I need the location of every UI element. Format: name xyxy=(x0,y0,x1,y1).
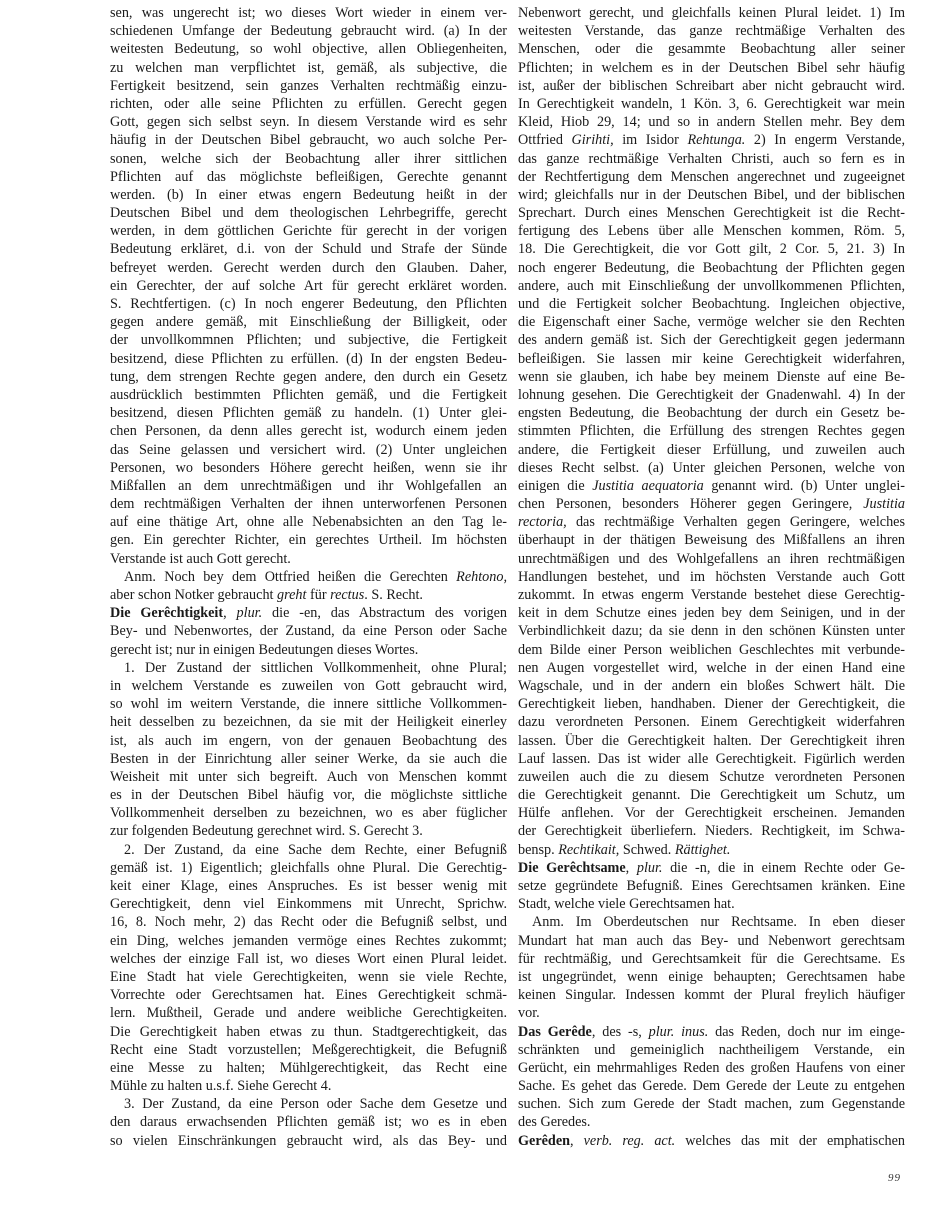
text-line: engsten Bedeutung, die Beobachtung der d… xyxy=(518,404,905,422)
text-line: der Gerechtigkeit überliefern. Nieders. … xyxy=(518,822,905,840)
text-line: es in der Deutschen Bibel häufig vor, di… xyxy=(110,786,507,804)
text-line: lohnung gesehen. Die Gerechtigkeit der G… xyxy=(518,386,905,404)
text-line: vor. xyxy=(518,1004,905,1022)
text-line: Gerêden, verb. reg. act. welches das mit… xyxy=(518,1132,905,1150)
text-line: des andern gemäß ist. Sich der Gerechtig… xyxy=(518,331,905,349)
text-line: Die Gerêchtsame, plur. die -n, die in ei… xyxy=(518,859,905,877)
headword: Das Gerêde xyxy=(518,1024,592,1040)
italic-term: verb. reg. act. xyxy=(584,1133,676,1149)
dictionary-page: sen, was ungerecht ist; wo dieses Wort w… xyxy=(0,0,935,1210)
text-line: dazu verordneten Personen. Einem Gerecht… xyxy=(518,713,905,731)
text-line: Menschen, oder die gesammte Beobachtung … xyxy=(518,40,905,58)
text-line: in welchem Verstande es zuweilen von Got… xyxy=(110,677,507,695)
text-line: Gerechtigkeit lieben, handhaben. Diener … xyxy=(518,695,905,713)
text-line: das ganze rechtmäßige Verhalten Christi,… xyxy=(518,150,905,168)
left-column: sen, was ungerecht ist; wo dieses Wort w… xyxy=(110,4,507,1150)
text-line: Sache. Es gehet das Gerede. Dem Gerede d… xyxy=(518,1077,905,1095)
text-line: häufig in der Deutschen Bibel gebraucht,… xyxy=(110,131,507,149)
italic-term: Rehtunga. xyxy=(687,132,745,148)
text-line: 18. Die Gerechtigkeit, die vor Gott gilt… xyxy=(518,240,905,258)
text-line: gerecht ist; nur in einigen Bedeutungen … xyxy=(110,641,507,659)
text-run: das Reden, doch nur im einge- xyxy=(708,1024,905,1040)
text-line: suchen. Sich zum Gerede der Stadt machen… xyxy=(518,1095,905,1113)
text-line: Anm. Im Oberdeutschen nur Rechtsame. In … xyxy=(518,913,905,931)
text-line: andere, die Fertigkeit dieser Erfüllung,… xyxy=(518,441,905,459)
text-line: Lauf lassen. Das ist wider alle Gerechti… xyxy=(518,750,905,768)
text-line: ein Gerechter, der auf solche Art für ge… xyxy=(110,277,507,295)
text-line: werden. (b) In einer etwas engern Bedeut… xyxy=(110,186,507,204)
italic-term: rectus xyxy=(330,587,364,603)
text-line: befreyet werden. Gerecht werden durch de… xyxy=(110,259,507,277)
text-run: die -en, das Abstractum des vorigen xyxy=(262,605,507,621)
text-line: aber schon Notker gebraucht greht für re… xyxy=(110,586,507,604)
text-line: 3. Der Zustand, da eine Person oder Sach… xyxy=(110,1095,507,1113)
text-line: weitesten Verstande, das ganze rechtmäßi… xyxy=(518,22,905,40)
text-line: Nebenwort gerecht, und gleichfalls keine… xyxy=(518,4,905,22)
text-line: werden, in dem göttlichen Gerichte für g… xyxy=(110,222,507,240)
text-line: die Gerechtigkeit genannt. Die Gerechtig… xyxy=(518,786,905,804)
text-line: dieses Recht selbst. (a) Unter gleichen … xyxy=(518,459,905,477)
text-line: Gerechtigkeit, denn viel Einkommens mit … xyxy=(110,895,507,913)
text-line: schränkten und gemeiniglich nachtheilige… xyxy=(518,1041,905,1059)
text-line: 1. Der Zustand der sittlichen Vollkommen… xyxy=(110,659,507,677)
text-line: gegen andere gemäß, mit Einschließung de… xyxy=(110,313,507,331)
text-line: wird; gleichfalls nur in der Deutschen B… xyxy=(518,186,905,204)
text-line: eine Messe zu halten; Mühlgerechtigkeit,… xyxy=(110,1059,507,1077)
text-line: zu welchen man verpflichtet ist, gemäß, … xyxy=(110,59,507,77)
text-line: der Rechtfertigung dem Menschen angerech… xyxy=(518,168,905,186)
text-run: 2) In engerm Verstande, xyxy=(745,132,905,148)
text-line: Gerücht, ein mehrmahliges Reden des groß… xyxy=(518,1059,905,1077)
text-line: für rechtmäßig, und Gerechtsamkeit für d… xyxy=(518,950,905,968)
text-line: rectoria, das rechtmäßige Verhalten gege… xyxy=(518,513,905,531)
text-run: . S. Recht. xyxy=(364,587,423,603)
text-line: tung, dem strengen Rechte gegen andere, … xyxy=(110,368,507,386)
text-run: im Isidor xyxy=(614,132,688,148)
text-line: zur folgenden Bedeutung gerechnet wird. … xyxy=(110,822,507,840)
text-line: Vollkommenheit derselben zu bezeichnen, … xyxy=(110,804,507,822)
text-line: noch engerer Bedeutung, die Beobachtung … xyxy=(518,259,905,277)
text-line: ist ungegründet, wenn einige behaupten; … xyxy=(518,968,905,986)
right-column: Nebenwort gerecht, und gleichfalls keine… xyxy=(518,4,905,1150)
text-run: chen Personen, besonders Höherer gegen G… xyxy=(518,496,863,512)
text-line: überhaupt in der thätigen Beweisung des … xyxy=(518,531,905,549)
text-line: keinen Singular. Indessen kommt der Plur… xyxy=(518,986,905,1004)
text-line: so wohl im weitern Verstande, die innere… xyxy=(110,695,507,713)
text-line: unrechtmäßigen und des Wohlgefallens an … xyxy=(518,550,905,568)
text-line: der unvollkommnen Pflichten; und subject… xyxy=(110,331,507,349)
text-line: Mißfallen an dem unrechtmäßigen und ihr … xyxy=(110,477,507,495)
headword: Die Gerêchtigkeit xyxy=(110,605,223,621)
text-line: Gott, gegen sich selbst seyn. In diesem … xyxy=(110,113,507,131)
text-line: Weisheit mit unter sich begreift. Auch v… xyxy=(110,768,507,786)
text-line: Verstande ist auch Gott gerecht. xyxy=(110,550,507,568)
text-line: gen. Ein gerechter Richter, ein gerechte… xyxy=(110,531,507,549)
headword: Gerêden xyxy=(518,1133,570,1149)
text-line: Personen, wo besonders Höhere gerecht he… xyxy=(110,459,507,477)
text-line: nen Augen vorgestellet wird, welche in d… xyxy=(518,659,905,677)
text-line: 2. Der Zustand, da eine Sache dem Rechte… xyxy=(110,841,507,859)
page-number: 99 xyxy=(888,1172,901,1184)
text-line: schiedenen Umfange der Bedeutung gebrauc… xyxy=(110,22,507,40)
text-line: gemäß ist. 1) Eigentlich; gleichfalls oh… xyxy=(110,859,507,877)
text-line: Verbindlichkeit dazu; da sie denn in den… xyxy=(518,622,905,640)
text-line: zukommt. In etwas engerm Verstande beste… xyxy=(518,586,905,604)
text-run: , des -s, xyxy=(592,1024,649,1040)
italic-term: greht xyxy=(277,587,306,603)
text-run: einigen die xyxy=(518,478,592,494)
text-line: und die Fertigkeit solcher Beobachtung. … xyxy=(518,295,905,313)
italic-term: plur. inus. xyxy=(649,1024,709,1040)
italic-term: Rechtikait, xyxy=(558,842,619,858)
text-line: das Seine gelassen und versichert wird. … xyxy=(110,441,507,459)
text-line: weitesten Bedeutung, so wohl objective, … xyxy=(110,40,507,58)
text-line: Recht eine Stadt vorzustellen; Meßgerech… xyxy=(110,1041,507,1059)
text-line: die Eigenschaft einer Sache, vermöge wel… xyxy=(518,313,905,331)
text-line: stimmten Pflichten, die Erfüllung des st… xyxy=(518,422,905,440)
text-run: bensp. xyxy=(518,842,558,858)
text-line: richten, oder alle seine Pflichten zu er… xyxy=(110,95,507,113)
text-line: Besten in der Einrichtung aller seiner W… xyxy=(110,750,507,768)
text-line: Vorrechte oder Gerechtsamen hat. Eines G… xyxy=(110,986,507,1004)
text-line: sonen, welche sich der Beobachtung aller… xyxy=(110,150,507,168)
text-run: Anm. Noch bey dem Ottfried heißen die Ge… xyxy=(124,569,456,585)
text-line: Mühle zu halten u.s.f. Siehe Gerecht 4. xyxy=(110,1077,507,1095)
text-line: Pflichten auf das möglichste befleißigen… xyxy=(110,168,507,186)
text-run: Ottfried xyxy=(518,132,571,148)
text-line: Kleid, Hiob 29, 14; und so in andern Ste… xyxy=(518,113,905,131)
text-line: Bey- und Nebenwortes, der Zustand, da ei… xyxy=(110,622,507,640)
headword: Die Gerêchtsame xyxy=(518,860,626,876)
text-run: aber schon Notker gebraucht xyxy=(110,587,277,603)
text-line: befleißigen. Sie lassen mir keine Gerech… xyxy=(518,350,905,368)
text-line: S. Rechtfertigen. (c) In noch engerer Be… xyxy=(110,295,507,313)
text-line: andere, auch mit Einschließung der unvol… xyxy=(518,277,905,295)
text-line: bensp. Rechtikait, Schwed. Rättighet. xyxy=(518,841,905,859)
text-run: genannt wird. (b) Unter unglei- xyxy=(704,478,905,494)
text-line: Eine Stadt hat viele Gerechtigkeiten, we… xyxy=(110,968,507,986)
text-line: zuweilen auch die zu diesem Schutze vero… xyxy=(518,768,905,786)
text-line: einigen die Justitia aequatoria genannt … xyxy=(518,477,905,495)
italic-term: Girihti, xyxy=(571,132,613,148)
text-line: heit desselben zu bezeichnen, da sie mit… xyxy=(110,713,507,731)
text-line: Bedeutung erkläret, d.i. von der Schuld … xyxy=(110,240,507,258)
text-line: Sprechart. Durch eines Menschen Gerechti… xyxy=(518,204,905,222)
text-line: Deutschen Bibel und dem theologischen Le… xyxy=(110,204,507,222)
text-line: fertigung des Lebens über alle Menschen … xyxy=(518,222,905,240)
text-line: Fertigkeit besitzend, sein ganzes Verhal… xyxy=(110,77,507,95)
text-line: Mundart hat man auch das Bey- und Nebenw… xyxy=(518,932,905,950)
text-line: ein Ding, welches jemanden vermöge eines… xyxy=(110,932,507,950)
text-line: dem Bilde einer Person weiblichen Geschl… xyxy=(518,641,905,659)
text-line: lassen. Über die Gerechtigkeit halten. D… xyxy=(518,732,905,750)
text-line: Anm. Noch bey dem Ottfried heißen die Ge… xyxy=(110,568,507,586)
italic-term: Rättighet. xyxy=(675,842,731,858)
text-line: welches der einzige Fall ist, wo dieses … xyxy=(110,950,507,968)
text-line: wenn sie glauben, ich habe bey meinem Di… xyxy=(518,368,905,386)
text-run: die -n, die in einem Rechte oder Ge- xyxy=(662,860,905,876)
text-run: welches das mit der emphatischen xyxy=(675,1133,905,1149)
text-line: setze gegründete Befugniß. Eines Gerecht… xyxy=(518,877,905,895)
text-line: des Geredes. xyxy=(518,1113,905,1131)
text-line: 16, 8. Noch mehr, 2) das Recht oder die … xyxy=(110,913,507,931)
text-line: ausdrücklich bestimmten Pflichten gemäß,… xyxy=(110,386,507,404)
text-line: lern. Mußtheil, Gerade und andere weibli… xyxy=(110,1004,507,1022)
text-line: chen Personen, da denn alles gerecht ist… xyxy=(110,422,507,440)
text-line: Handlungen bestehet, und im höchsten Ver… xyxy=(518,568,905,586)
text-line: Die Gerechtigkeit haben etwas zu thun. S… xyxy=(110,1023,507,1041)
text-line: auf eine thätige Art, ohne alle Nebenabs… xyxy=(110,513,507,531)
text-line: Ottfried Girihti, im Isidor Rehtunga. 2)… xyxy=(518,131,905,149)
italic-term: Justitia aequatoria xyxy=(592,478,704,494)
text-line: dem rechtmäßigen Verhalten der ihnen unt… xyxy=(110,495,507,513)
text-run: , xyxy=(626,860,637,876)
italic-term: plur. xyxy=(237,605,263,621)
text-line: keit in dem Schutze eines jeden bey dem … xyxy=(518,604,905,622)
text-line: keit einer Klage, eines Anspruches. Es i… xyxy=(110,877,507,895)
text-line: Pflichten; in welchem es in der Deutsche… xyxy=(518,59,905,77)
italic-term: Rehtono, xyxy=(456,569,507,585)
text-line: besitzend, diesen Pflichten gemäß zu han… xyxy=(110,404,507,422)
text-line: den daraus erwachsenden Pflichten gemäß … xyxy=(110,1113,507,1131)
text-run: für xyxy=(306,587,330,603)
text-line: so vielen Einschränkungen gebraucht wird… xyxy=(110,1132,507,1150)
text-line: sen, was ungerecht ist; wo dieses Wort w… xyxy=(110,4,507,22)
text-line: Stadt, welche viele Gerechtsamen hat. xyxy=(518,895,905,913)
text-line: ist, außer der biblischen Schreibart abe… xyxy=(518,77,905,95)
text-line: chen Personen, besonders Höherer gegen G… xyxy=(518,495,905,513)
text-line: Die Gerêchtigkeit, plur. die -en, das Ab… xyxy=(110,604,507,622)
italic-term: plur. xyxy=(637,860,663,876)
text-line: Das Gerêde, des -s, plur. inus. das Rede… xyxy=(518,1023,905,1041)
text-run: Schwed. xyxy=(619,842,675,858)
text-run: das rechtmäßige Verhalten gegen Geringer… xyxy=(567,514,905,530)
text-line: Wagschale, und in der andern ein bloßes … xyxy=(518,677,905,695)
text-line: In Gerechtigkeit wandeln, 1 Kön. 3, 6. G… xyxy=(518,95,905,113)
text-line: ist, als auch im engern, von der genauen… xyxy=(110,732,507,750)
italic-term: rectoria, xyxy=(518,514,567,530)
text-run: , xyxy=(223,605,236,621)
text-line: besitzend, diese Pflichten zu erfüllen. … xyxy=(110,350,507,368)
text-run: , xyxy=(570,1133,584,1149)
text-line: Hülfe anflehen. Vor der Gerechtigkeit er… xyxy=(518,804,905,822)
italic-term: Justitia xyxy=(863,496,905,512)
